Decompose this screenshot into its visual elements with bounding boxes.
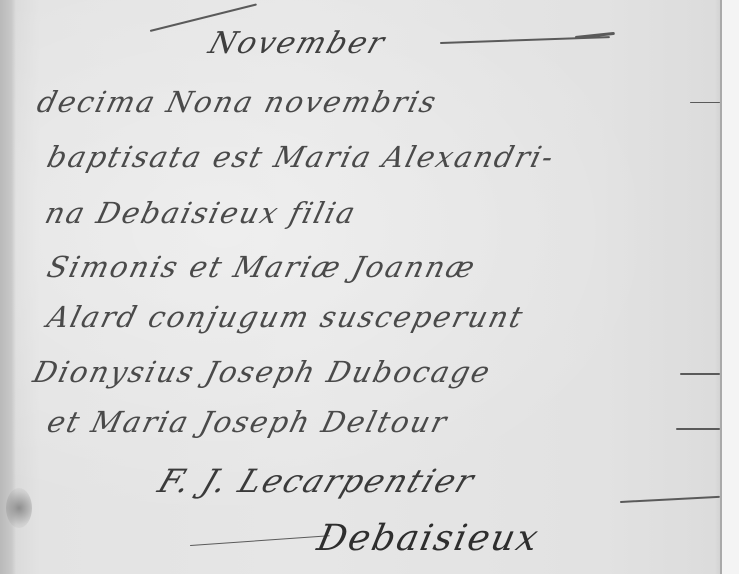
ink-stain — [6, 488, 32, 528]
signature-underline-stroke — [190, 535, 330, 546]
line-filler-stroke — [690, 102, 720, 103]
entry-line-3: na Debaisieux filia — [42, 196, 361, 230]
line-filler-stroke — [676, 428, 720, 430]
entry-line-1: decima Nona novembris — [34, 85, 442, 119]
line-filler-stroke — [680, 373, 720, 375]
entry-line-7: et Maria Joseph Deltour — [44, 405, 452, 439]
entry-line-2: baptisata est Maria Alexandri- — [44, 140, 559, 174]
entry-line-6: Dionysius Joseph Dubocage — [30, 355, 495, 389]
priest-signature: F. J. Lecarpentier — [153, 462, 481, 500]
month-heading: November — [204, 26, 390, 61]
left-page-edge — [0, 0, 16, 574]
register-page: November decima Nona novembris baptisata… — [0, 0, 739, 574]
entry-line-4: Simonis et Mariæ Joannæ — [44, 250, 480, 284]
signature-underline-stroke — [620, 496, 720, 503]
next-page-strip — [722, 0, 739, 574]
father-signature: Debaisieux — [314, 518, 544, 559]
entry-line-5: Alard conjugum susceperunt — [44, 300, 528, 334]
